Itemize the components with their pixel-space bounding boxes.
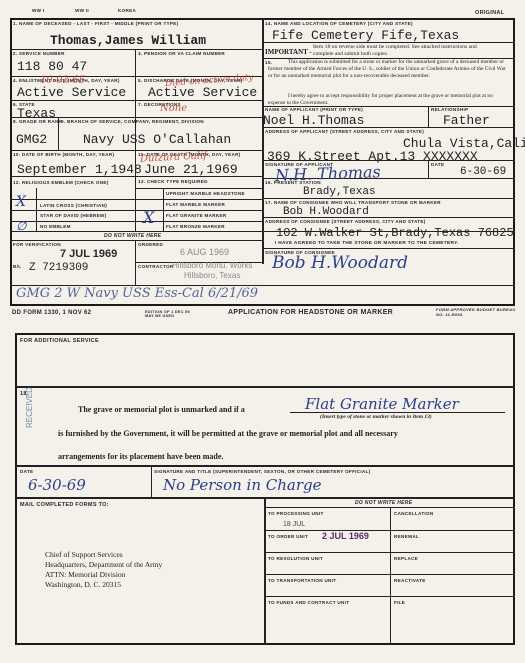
form-title: APPLICATION FOR HEADSTONE OR MARKER (228, 309, 393, 316)
emblem-star-of-david: STAR OF DAVID (Hebrew) (40, 213, 106, 218)
important-text: Item 18 on reverse side must be complete… (313, 44, 498, 58)
contractor-label: CONTRACTOR (138, 264, 174, 269)
death-date-value[interactable]: June 21,1969 (144, 162, 238, 177)
verification-stamp: 7 JUL 1969 (60, 248, 117, 260)
emblem-latin-cross: LATIN CROSS (Christian) (40, 203, 107, 208)
mail-address-line: Washington, D. C. 20315 (45, 580, 162, 590)
service-number-value[interactable]: 118 80 47 (17, 59, 87, 74)
type-flat-marble: FLAT MARBLE MARKER (166, 202, 225, 207)
unit-renewal: RENEWAL (394, 534, 419, 539)
item18-caption: (Insert type of stone or marker shown in… (320, 414, 432, 420)
name-value[interactable]: Thomas,James William (50, 33, 206, 48)
emblem-mark-none[interactable]: ∅ (16, 219, 26, 233)
birth-date-value[interactable]: September 1,1948 (17, 162, 142, 177)
additional-service-label: FOR ADDITIONAL SERVICE (20, 338, 99, 344)
mail-address: Chief of Support Services Headquarters, … (45, 550, 162, 590)
ordered-label: ORDERED (138, 242, 163, 247)
war-korea: KOREA (118, 8, 136, 13)
consignee-address-label: ADDRESS OF CONSIGNEE (Street address, Ci… (265, 219, 426, 224)
pension-label: 3. PENSION OR VA CLAIM NUMBER (138, 51, 225, 56)
applicant-name-value[interactable]: Noel H.Thomas (263, 113, 364, 128)
processing-stamp: 18 JUL (283, 521, 305, 528)
grade-value[interactable]: GMG2 (16, 132, 47, 147)
date-value[interactable]: 6-30-69 (460, 166, 506, 178)
bl-value: Z 7219309 (29, 262, 88, 274)
contractor-line2: Hillsboro, Texas (184, 271, 240, 280)
item18-text2: is furnished by the Government, it will … (58, 429, 398, 438)
mail-address-line: ATTN: Memorial Division (45, 570, 162, 580)
reverse-do-not-write: DO NOT WRITE HERE (355, 500, 412, 506)
war-ww1: WW I (32, 8, 44, 13)
discharge-value[interactable]: Active Service (148, 85, 257, 100)
contractor-line1: Hillsboro Monu. Works (172, 261, 252, 270)
mail-address-line: Headquarters, Department of the Army (45, 560, 162, 570)
unit-order: TO ORDER UNIT (268, 534, 308, 539)
item18-text3: arrangements for its placement have been… (58, 452, 223, 461)
consignee-name-value[interactable]: Bob H.Woodard (283, 206, 369, 218)
decorations-handwritten: None (160, 103, 187, 114)
agreement-text: I HAVE AGREED TO TAKE THE STONE OR MARKE… (275, 241, 459, 246)
emblem-none: NO EMBLEM (40, 224, 71, 229)
verification-label: FOR VERIFICATION (13, 242, 61, 247)
consignee-name-label: 17. NAME OF CONSIGNEE WHO WILL TRANSPORT… (265, 200, 441, 205)
service-number-label: 2. SERVICE NUMBER (13, 51, 65, 56)
grade-label: 8. GRADE OR RANK (13, 119, 62, 124)
emblem-mark-latin-cross[interactable]: X (16, 194, 26, 210)
unit-reactivate: REACTIVATE (394, 578, 426, 583)
branch-label: 9. BRANCH OF SERVICE, COMPANY, REGIMENT,… (61, 119, 204, 124)
type-upright-marble: UPRIGHT MARBLE HEADSTONE (166, 191, 245, 196)
statement-text: This application is submitted for a ston… (268, 59, 510, 79)
relationship-value[interactable]: Father (443, 113, 490, 128)
do-not-write-label: DO NOT WRITE HERE (104, 233, 161, 239)
unit-transportation: TO TRANSPORTATION UNIT (268, 578, 336, 583)
branch-value[interactable]: Navy USS O'Callahan (83, 132, 231, 147)
received-stamp: RECEIVED (25, 387, 34, 428)
unit-processing: TO PROCESSING UNIT (268, 511, 324, 516)
unit-funds: TO FUNDS AND CONTRACT UNIT (268, 600, 349, 605)
reverse-date-value[interactable]: 6-30-69 (28, 476, 86, 494)
war-ww2: WW II (75, 8, 89, 13)
type-flat-granite: FLAT GRANITE MARKER (166, 213, 226, 218)
handwritten-summary: GMG 2 W Navy USS Ess-Cal 6/21/69 (16, 286, 258, 301)
present-station-value[interactable]: Brady,Texas (303, 186, 376, 198)
present-station-label: 16. PRESENT STATION (265, 180, 321, 185)
statement-text-2: I hereby agree to accept responsibility … (268, 93, 510, 107)
name-label: 1. NAME OF DECEASED - LAST - FIRST - MID… (13, 21, 178, 26)
original-label: ORIGINAL (475, 10, 504, 16)
cemetery-label: 14. NAME AND LOCATION OF CEMETERY (City … (265, 21, 413, 26)
unit-file: FILE (394, 600, 405, 605)
edition-note: EDITION OF 1 DEC 59 MAY BE USED (145, 310, 200, 318)
birth-date-label: 10. DATE OF BIRTH (Month, day, year) (13, 152, 114, 157)
cemetery-signature-value[interactable]: No Person in Charge (163, 476, 322, 494)
item18-text1: The grave or memorial plot is unmarked a… (78, 405, 245, 414)
enlistment-value[interactable]: Active Service (17, 85, 126, 100)
form-approval: Form Approved Budget Bureau No. 11-R004 (436, 308, 516, 317)
ordered-stamp: 6 AUG 1969 (180, 247, 229, 257)
bl-label: B/L (13, 264, 21, 269)
mail-label: MAIL COMPLETED FORMS TO: (20, 502, 109, 508)
consignee-signature-value[interactable]: Bob H.Woodard (272, 253, 408, 273)
type-flat-bronze: FLAT BRONZE MARKER (166, 224, 225, 229)
reverse-date-label: DATE (20, 469, 33, 474)
item18-fill-value[interactable]: Flat Granite Marker (305, 395, 459, 413)
important-label: IMPORTANT - (265, 48, 312, 56)
mail-address-line: Chief of Support Services (45, 550, 162, 560)
applicant-address-label: ADDRESS OF APPLICANT (Street address, Ci… (265, 129, 424, 134)
order-stamp: 2 JUL 1969 (322, 531, 369, 541)
consignee-address-value[interactable]: 102 W.Walker St,Brady,Texas 76825 (276, 226, 514, 240)
applicant-name-label: NAME OF APPLICANT (Print or Type) (265, 107, 363, 112)
form-id: DD FORM 1330, 1 NOV 62 (12, 310, 91, 316)
type-mark-flat-granite[interactable]: X (143, 208, 154, 227)
unit-replace: REPLACE (394, 556, 418, 561)
cemetery-signature-label: SIGNATURE AND TITLE (Superintendent, Sex… (154, 469, 371, 474)
religious-emblem-label: 12. RELIGIOUS EMBLEM (Check one) (13, 180, 109, 185)
relationship-label: RELATIONSHIP (431, 107, 468, 112)
cemetery-value[interactable]: Fife Cemetery Fife,Texas (272, 28, 459, 43)
unit-resolution: TO RESOLUTION UNIT (268, 556, 323, 561)
unit-cancellation: CANCELLATION (394, 511, 434, 516)
date-label: DATE (431, 162, 444, 167)
check-type-label: 13. CHECK TYPE REQUIRED (138, 179, 208, 184)
